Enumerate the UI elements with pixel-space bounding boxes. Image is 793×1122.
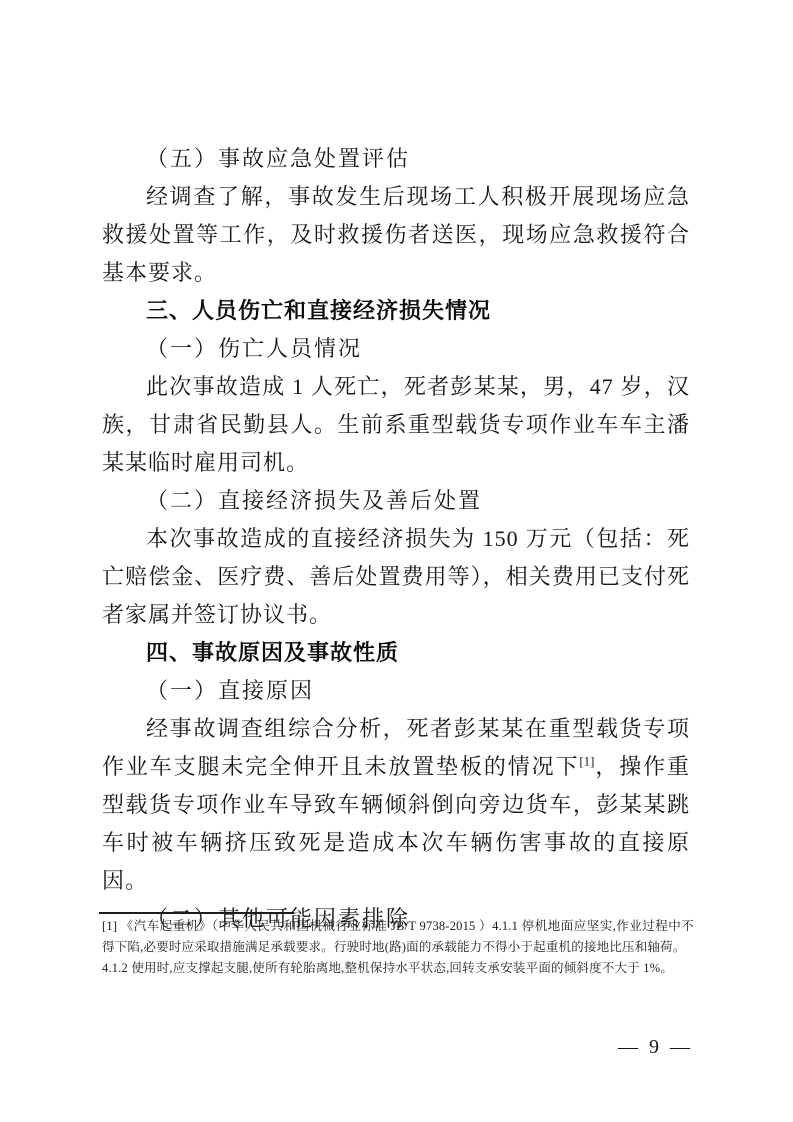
heading-section-3-2-economic-loss-and-aftermath: （二）直接经济损失及善后处置: [102, 482, 690, 520]
document-body: （五）事故应急处置评估 经调查了解，事故发生后现场工人积极开展现场应急救援处置等…: [102, 140, 690, 938]
footnote-separator-line: [99, 912, 294, 914]
paragraph-casualty-details: 此次事故造成 1 人死亡，死者彭某某，男，47 岁，汉族，甘肃省民勤县人。生前系…: [102, 368, 690, 482]
heading-section-5-emergency-response-evaluation: （五）事故应急处置评估: [102, 140, 690, 178]
page-number: — 9 —: [618, 1036, 693, 1059]
paragraph-economic-loss: 本次事故造成的直接经济损失为 150 万元（包括：死亡赔偿金、医疗费、善后处置费…: [102, 520, 690, 634]
footnote-block: [1] 《汽车起重机》（中华人民共和国机械行业标准 JB/T 9738-2015…: [102, 916, 694, 979]
heading-section-3-1-casualty-situation: （一）伤亡人员情况: [102, 330, 690, 368]
footnote-text-crane-standard-412: 4.1.2 使用时,应支撑起支腿,使所有轮胎离地,整机保持水平状态,回转支承安装…: [102, 958, 694, 979]
paragraph-emergency-response: 经调查了解，事故发生后现场工人积极开展现场应急救援处置等工作，及时救援伤者送医，…: [102, 178, 690, 292]
heading-section-3-casualties-and-economic-loss: 三、人员伤亡和直接经济损失情况: [102, 292, 690, 330]
footnote-text-crane-standard: [1] 《汽车起重机》（中华人民共和国机械行业标准 JB/T 9738-2015…: [102, 916, 694, 958]
heading-section-4-1-direct-cause: （一）直接原因: [102, 672, 690, 710]
heading-section-4-accident-cause-and-nature: 四、事故原因及事故性质: [102, 634, 690, 672]
paragraph-direct-cause: 经事故调查组综合分析，死者彭某某在重型载货专项作业车支腿未完全伸开且未放置垫板的…: [102, 710, 690, 900]
footnote-ref-marker: [1]: [579, 754, 594, 769]
document-page: （五）事故应急处置评估 经调查了解，事故发生后现场工人积极开展现场应急救援处置等…: [0, 0, 793, 1122]
